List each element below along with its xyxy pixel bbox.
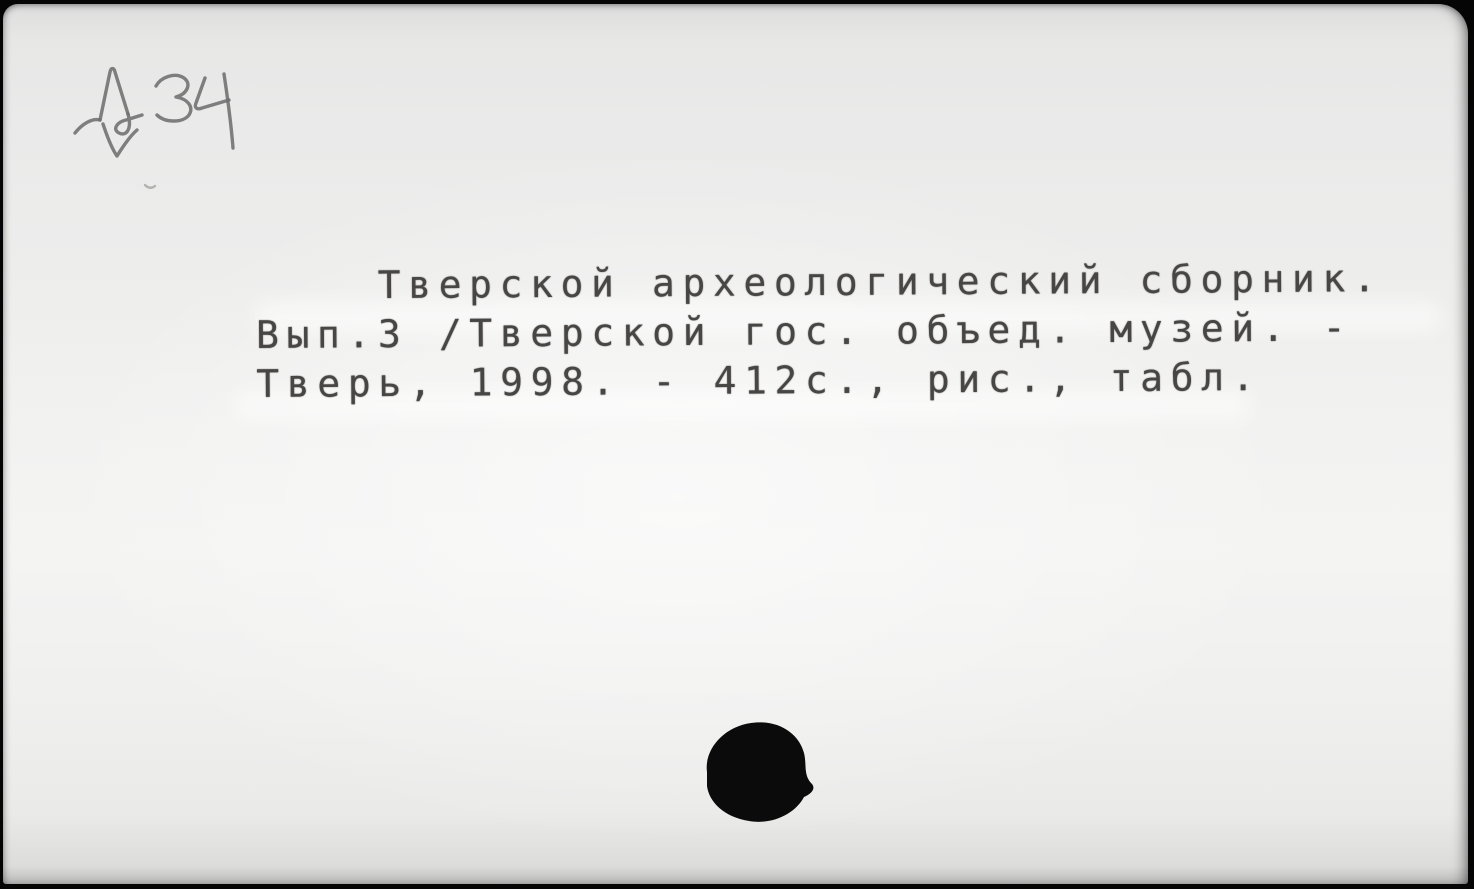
catalog-card: Д34 Тверской археологический сборник. Вы…	[3, 4, 1468, 884]
scan-background: { "card": { "call_number": "Д34", "recor…	[0, 0, 1474, 889]
record-line-title: Тверской археологический сборник.	[255, 254, 1383, 311]
handwritten-call-number-icon	[53, 44, 283, 204]
record-line-imprint: Тверь, 1998. - 412с., рис., табл.	[256, 352, 1384, 409]
ink-blot-icon	[691, 714, 817, 826]
bibliographic-record: Тверской археологический сборник. Вып.3 …	[255, 254, 1384, 409]
record-line-edition: Вып.3 /Тверской гос. объед. музей. -	[256, 303, 1384, 360]
call-number-text: Д34	[3, 4, 4, 5]
